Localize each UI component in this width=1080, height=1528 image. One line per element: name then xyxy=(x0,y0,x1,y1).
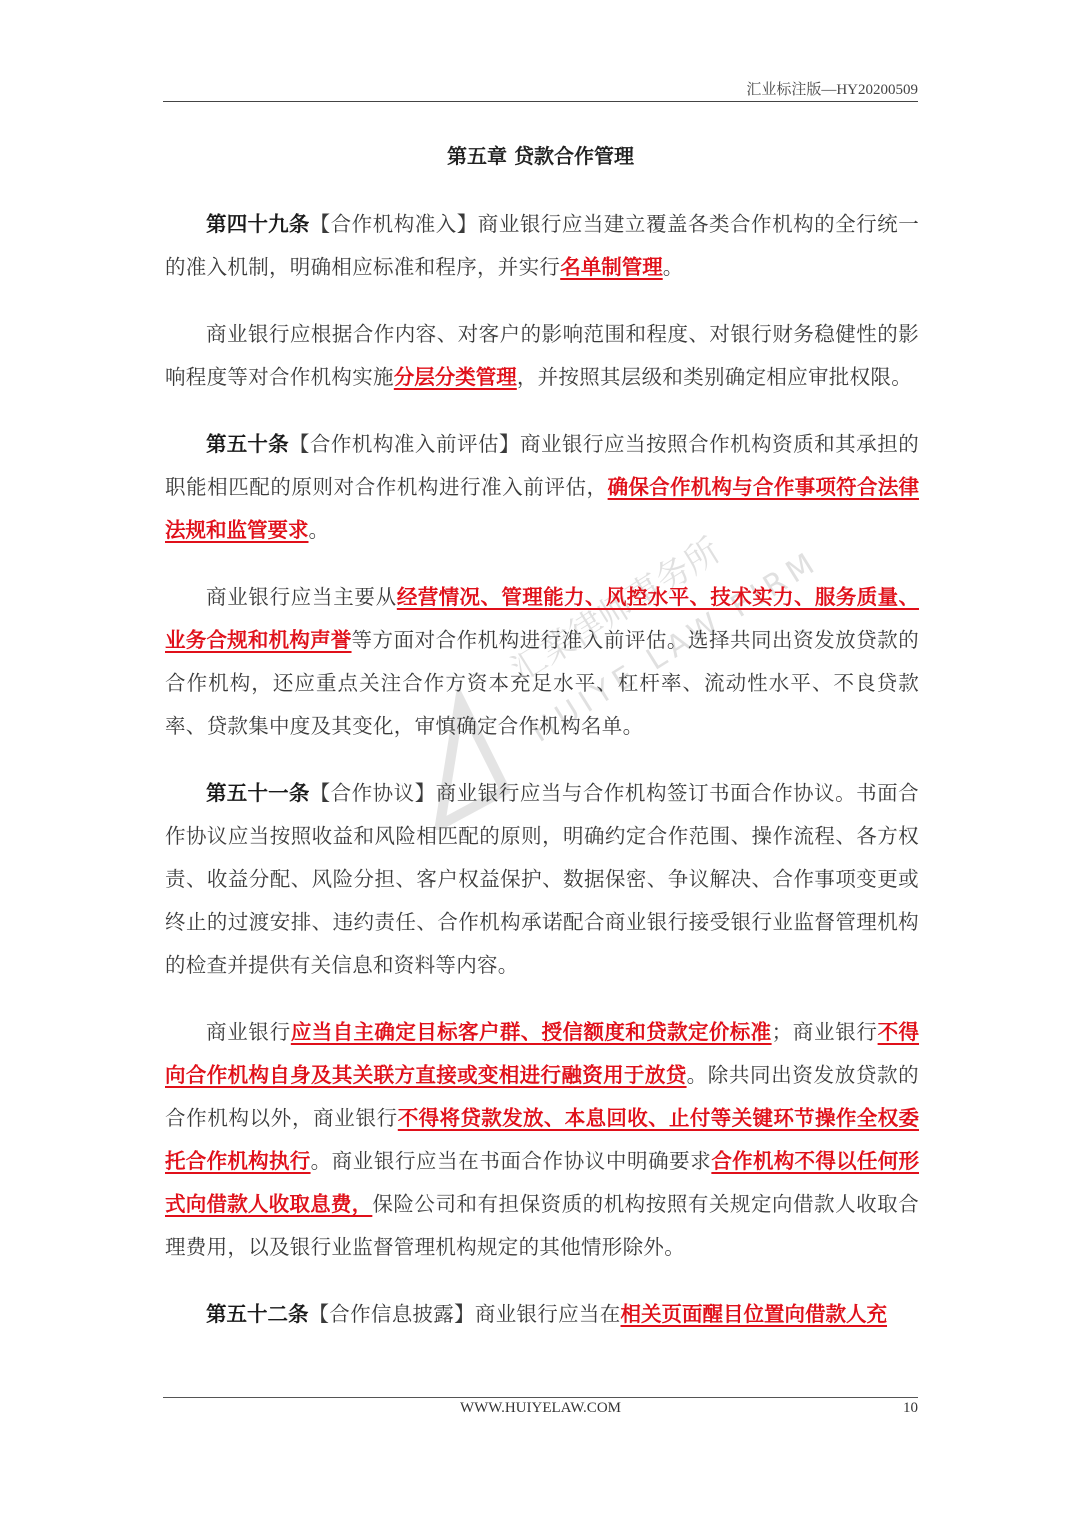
article-heading: 【合作机构准入】 xyxy=(310,212,478,236)
article-number: 第五十一条 xyxy=(206,781,310,805)
paragraph-article-51: 第五十一条【合作协议】商业银行应当与合作机构签订书面合作协议。书面合作协议应当按… xyxy=(165,772,919,987)
article-number: 第五十条 xyxy=(206,432,289,456)
highlighted-text: 应当自主确定目标客户群、授信额度和贷款定价标准 xyxy=(291,1020,772,1044)
footer-website-link: WWW.HUIYELAW.COM xyxy=(163,1400,918,1417)
body-text: 商业银行应当主要从 xyxy=(206,585,397,609)
paragraph-article-50-2: 商业银行应当主要从经营情况、管理能力、风控水平、技术实力、服务质量、业务合规和机… xyxy=(165,576,919,748)
paragraph-article-49: 第四十九条【合作机构准入】商业银行应当建立覆盖各类合作机构的全行统一的准入机制，… xyxy=(165,203,919,289)
body-text: 。 xyxy=(663,255,684,279)
document-body: 第四十九条【合作机构准入】商业银行应当建立覆盖各类合作机构的全行统一的准入机制，… xyxy=(165,203,919,1360)
article-heading: 【合作信息披露】 xyxy=(309,1302,475,1326)
body-text: ；商业银行 xyxy=(772,1020,878,1044)
article-heading: 【合作协议】 xyxy=(310,781,436,805)
body-text: ，并按照其层级和类别确定相应审批权限。 xyxy=(517,365,912,389)
highlighted-text: 相关页面醒目位置向借款人充 xyxy=(621,1302,888,1326)
chapter-title: 第五章 贷款合作管理 xyxy=(163,140,918,169)
body-text: 。商业银行应当在书面合作协议中明确要求 xyxy=(311,1149,712,1173)
header-version-label: 汇业标注版—HY20200509 xyxy=(746,78,918,99)
body-text: 。 xyxy=(309,518,330,542)
body-text: 商业银行 xyxy=(206,1020,291,1044)
paragraph-article-49-2: 商业银行应根据合作内容、对客户的影响范围和程度、对银行财务稳健性的影响程度等对合… xyxy=(165,313,919,399)
page-header: 汇业标注版—HY20200509 xyxy=(163,76,918,102)
article-number: 第四十九条 xyxy=(206,212,310,236)
body-text: 商业银行应当与合作机构签订书面合作协议。书面合作协议应当按照收益和风险相匹配的原… xyxy=(165,781,919,977)
paragraph-article-52: 第五十二条【合作信息披露】商业银行应当在相关页面醒目位置向借款人充 xyxy=(165,1293,919,1336)
paragraph-article-51-2: 商业银行应当自主确定目标客户群、授信额度和贷款定价标准；商业银行不得向合作机构自… xyxy=(165,1011,919,1269)
page-footer: WWW.HUIYELAW.COM 10 xyxy=(163,1397,918,1398)
page-number: 10 xyxy=(903,1400,918,1417)
article-number: 第五十二条 xyxy=(206,1302,309,1326)
highlighted-text: 名单制管理 xyxy=(560,255,663,279)
highlighted-text: 分层分类管理 xyxy=(394,365,517,389)
body-text: 商业银行应当在 xyxy=(475,1302,621,1326)
paragraph-article-50: 第五十条【合作机构准入前评估】商业银行应当按照合作机构资质和其承担的职能相匹配的… xyxy=(165,423,919,552)
article-heading: 【合作机构准入前评估】 xyxy=(289,432,520,456)
